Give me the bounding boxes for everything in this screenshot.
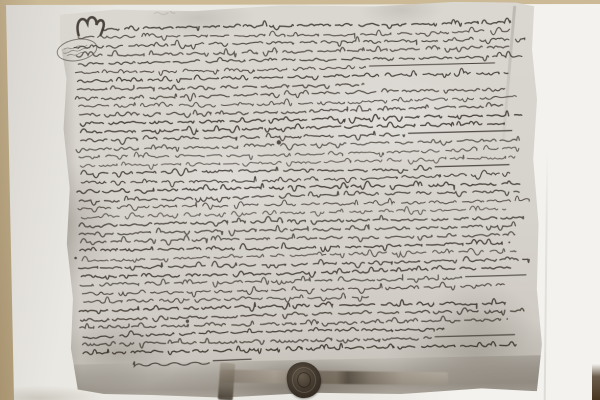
- photograph-scene: [0, 0, 600, 400]
- stamp-oval-border: [55, 36, 98, 64]
- handwritten-text-lines: [69, 4, 532, 368]
- manuscript-text-svg: [54, 0, 544, 400]
- seal-tag-end: [218, 363, 236, 400]
- seal-tag-strip: [220, 370, 448, 386]
- stamp-illegible-text: [63, 44, 89, 57]
- parchment-document: [54, 0, 544, 400]
- table-edge-shadow: [592, 364, 600, 400]
